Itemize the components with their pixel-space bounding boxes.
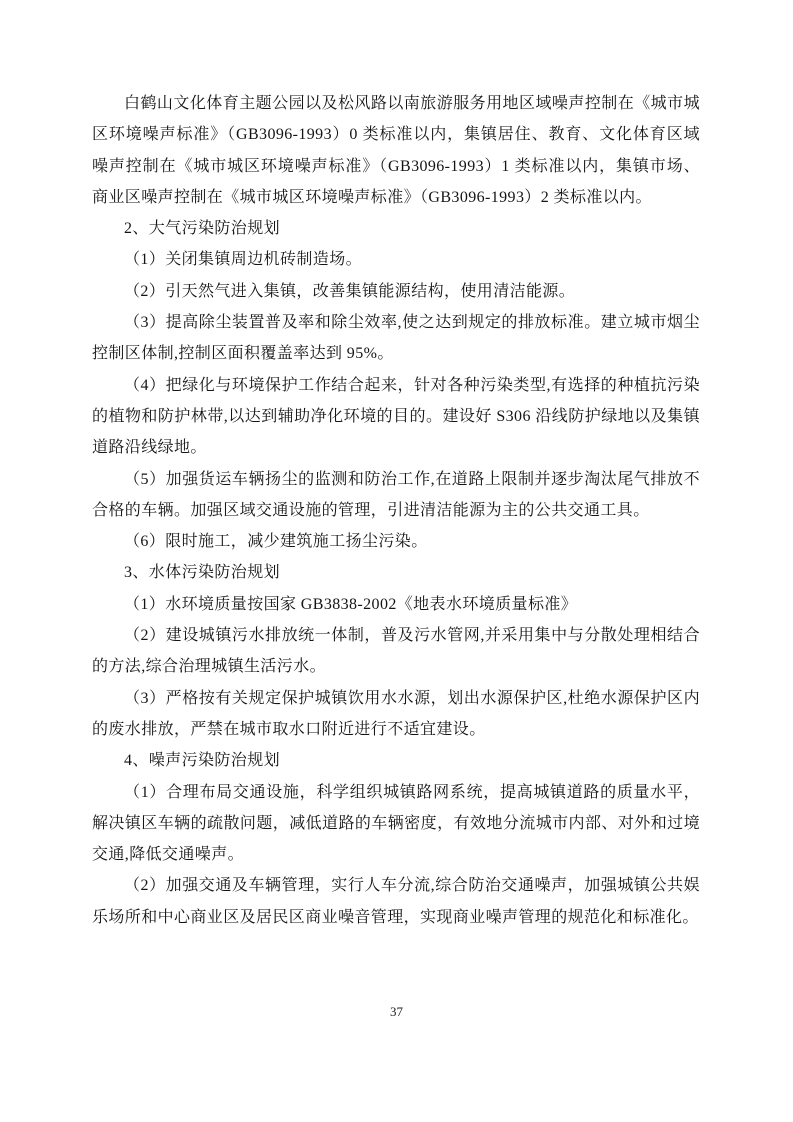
paragraph: （4）把绿化与环境保护工作结合起来，针对各种污染类型,有选择的种植抗污染的植物和… (92, 370, 700, 464)
paragraph: （2）引天然气进入集镇，改善集镇能源结构，使用清洁能源。 (92, 276, 700, 307)
page-number: 37 (0, 1003, 793, 1021)
paragraph: 3、水体污染防治规划 (92, 557, 700, 588)
paragraph: （6）限时施工，减少建筑施工扬尘污染。 (92, 526, 700, 557)
paragraph: （3）严格按有关规定保护城镇饮用水水源，划出水源保护区,杜绝水源保护区内的废水排… (92, 683, 700, 746)
paragraph: （2）建设城镇污水排放统一体制，普及污水管网,并采用集中与分散处理相结合的方法,… (92, 620, 700, 683)
paragraph: （5）加强货运车辆扬尘的监测和防治工作,在道路上限制并逐步淘汰尾气排放不合格的车… (92, 464, 700, 527)
paragraph: 4、噪声污染防治规划 (92, 745, 700, 776)
paragraph: 2、大气污染防治规划 (92, 213, 700, 244)
document-page: 白鹤山文化体育主题公园以及松风路以南旅游服务用地区域噪声控制在《城市城区环境噪声… (0, 0, 793, 1122)
paragraph: 白鹤山文化体育主题公园以及松风路以南旅游服务用地区域噪声控制在《城市城区环境噪声… (92, 88, 700, 213)
paragraph: （1）关闭集镇周边机砖制造场。 (92, 244, 700, 275)
paragraph: （2）加强交通及车辆管理，实行人车分流,综合防治交通噪声，加强城镇公共娱乐场所和… (92, 870, 700, 933)
paragraph: （3）提高除尘装置普及率和除尘效率,使之达到规定的排放标准。建立城市烟尘控制区体… (92, 307, 700, 370)
document-body: 白鹤山文化体育主题公园以及松风路以南旅游服务用地区域噪声控制在《城市城区环境噪声… (92, 88, 700, 933)
paragraph: （1）水环境质量按国家 GB3838-2002《地表水环境质量标准》 (92, 589, 700, 620)
paragraph: （1）合理布局交通设施，科学组织城镇路网系统，提高城镇道路的质量水平，解决镇区车… (92, 777, 700, 871)
